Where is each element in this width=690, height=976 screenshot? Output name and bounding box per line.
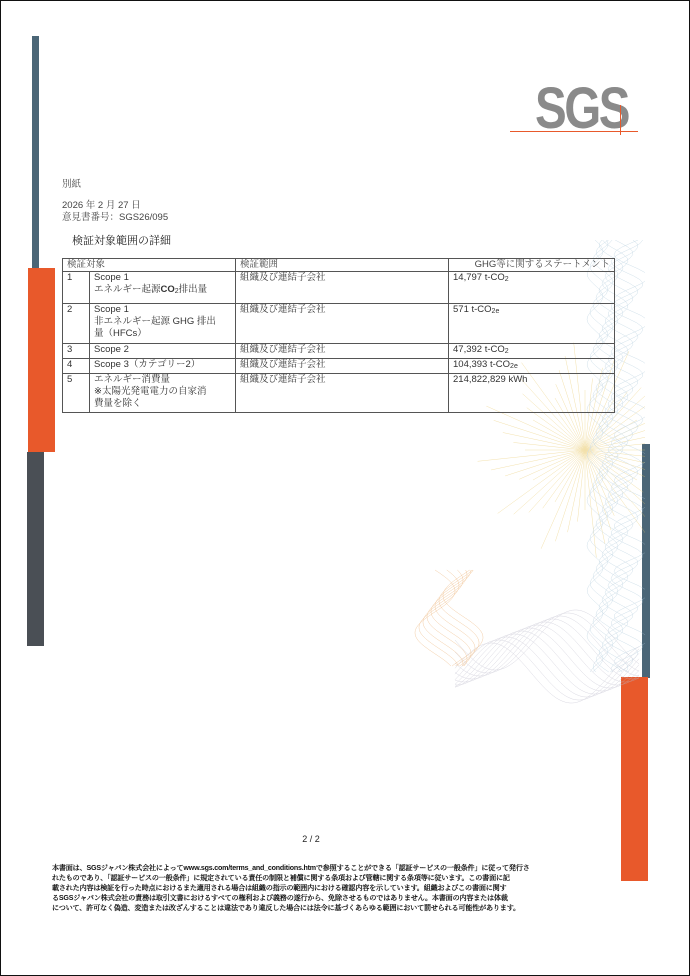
row-statement: 14,797 t-CO2: [449, 272, 615, 304]
table-header-row: 検証対象 検証範囲 GHG等に関するステートメント: [63, 259, 615, 272]
disclaimer-line: るSGSジャパン株式会社の責務は取引文書におけるすべての権利および義務の遂行から…: [52, 893, 632, 903]
row-target: エネルギー消費量 ※太陽光発電電力の自家消 費量を除く: [90, 374, 236, 413]
opinion-number: 意見書番号：SGS26/095: [62, 209, 168, 223]
header-ghg-statement: GHG等に関するステートメント: [449, 259, 615, 272]
row-number: 4: [63, 359, 90, 374]
table-row: 3 Scope 2 組織及び連結子会社 47,392 t-CO2: [63, 344, 615, 359]
row-statement: 47,392 t-CO2: [449, 344, 615, 359]
statement-value: 214,822,829 kWh: [453, 374, 527, 385]
table-row: 1 Scope 1 エネルギー起源CO2排出量 組織及び連結子会社 14,797…: [63, 272, 615, 304]
row-range: 組織及び連結子会社: [236, 374, 449, 413]
disclaimer-line: について、許可なく偽造、変造または改ざんすることは違法であり違反した場合には法令…: [52, 903, 632, 913]
desc-prefix: エネルギー起源: [94, 284, 161, 295]
statement-value: 14,797 t-CO: [453, 272, 505, 283]
statement-unit-sub: 2e: [510, 363, 518, 370]
target-description: 非エネルギー起源 GHG 排出 量（HFCs）: [94, 316, 231, 340]
scope-label: Scope 1: [94, 304, 231, 316]
disclaimer-line: 本書面は、SGSジャパン株式会社によってwww.sgs.com/terms_an…: [52, 863, 632, 873]
row-target: Scope 1 エネルギー起源CO2排出量: [90, 272, 236, 304]
row-target: Scope 1 非エネルギー起源 GHG 排出 量（HFCs）: [90, 304, 236, 344]
row-range: 組織及び連結子会社: [236, 344, 449, 359]
desc-co2: CO: [161, 284, 175, 295]
target-description: エネルギー消費量 ※太陽光発電電力の自家消 費量を除く: [94, 374, 231, 410]
legal-disclaimer: 本書面は、SGSジャパン株式会社によってwww.sgs.com/terms_an…: [52, 863, 632, 913]
row-number: 5: [63, 374, 90, 413]
row-target: Scope 2: [90, 344, 236, 359]
header-verification-target: 検証対象: [63, 259, 236, 272]
decorative-bar-left-gray: [27, 452, 44, 646]
row-number: 2: [63, 304, 90, 344]
row-statement: 104,393 t-CO2e: [449, 359, 615, 374]
decorative-bar-left-orange: [28, 268, 55, 452]
row-statement: 214,822,829 kWh: [449, 374, 615, 413]
row-statement: 571 t-CO2e: [449, 304, 615, 344]
logo-underline: [510, 131, 638, 132]
statement-value: 104,393 t-CO: [453, 359, 510, 370]
table-row: 4 Scope 3（カテゴリー2） 組織及び連結子会社 104,393 t-CO…: [63, 359, 615, 374]
disclaimer-line: 載された内容は検証を行った時点におけるまた適用される場合は組織の指示の範囲内にお…: [52, 883, 632, 893]
statement-value: 47,392 t-CO: [453, 344, 505, 355]
statement-unit-sub: 2: [505, 348, 509, 355]
verification-scope-table: 検証対象 検証範囲 GHG等に関するステートメント 1 Scope 1 エネルギ…: [62, 258, 615, 413]
decorative-bar-left-slate: [32, 36, 39, 269]
header-verification-range: 検証範囲: [236, 259, 449, 272]
page-frame: [0, 0, 690, 976]
scope-label: Scope 1: [94, 272, 231, 284]
table-row: 5 エネルギー消費量 ※太陽光発電電力の自家消 費量を除く 組織及び連結子会社 …: [63, 374, 615, 413]
section-title: 検証対象範囲の詳細: [72, 232, 171, 248]
appendix-label: 別紙: [62, 176, 81, 190]
scope-label: Scope 2: [94, 344, 231, 356]
row-number: 1: [63, 272, 90, 304]
statement-unit-sub: 2e: [492, 308, 500, 315]
page-number: 2 / 2: [0, 834, 622, 844]
row-target: Scope 3（カテゴリー2）: [90, 359, 236, 374]
disclaimer-line: れたものであり、「認証サービスの一般条件」に規定されている責任の制限と補償に関す…: [52, 873, 632, 883]
logo-crossline: [620, 105, 621, 135]
decorative-bar-right-slate: [642, 444, 650, 678]
statement-unit-sub: 2: [505, 276, 509, 283]
table-row: 2 Scope 1 非エネルギー起源 GHG 排出 量（HFCs） 組織及び連結…: [63, 304, 615, 344]
statement-value: 571 t-CO: [453, 304, 492, 315]
desc-suffix: 排出量: [179, 284, 208, 295]
sgs-logo: SGS: [510, 80, 650, 142]
target-description: エネルギー起源CO2排出量: [94, 284, 231, 298]
decorative-bar-right-orange: [621, 677, 648, 881]
row-number: 3: [63, 344, 90, 359]
row-range: 組織及び連結子会社: [236, 359, 449, 374]
sgs-logo-text: SGS: [535, 80, 628, 138]
row-range: 組織及び連結子会社: [236, 272, 449, 304]
scope-label: Scope 3（カテゴリー2）: [94, 359, 231, 371]
row-range: 組織及び連結子会社: [236, 304, 449, 344]
